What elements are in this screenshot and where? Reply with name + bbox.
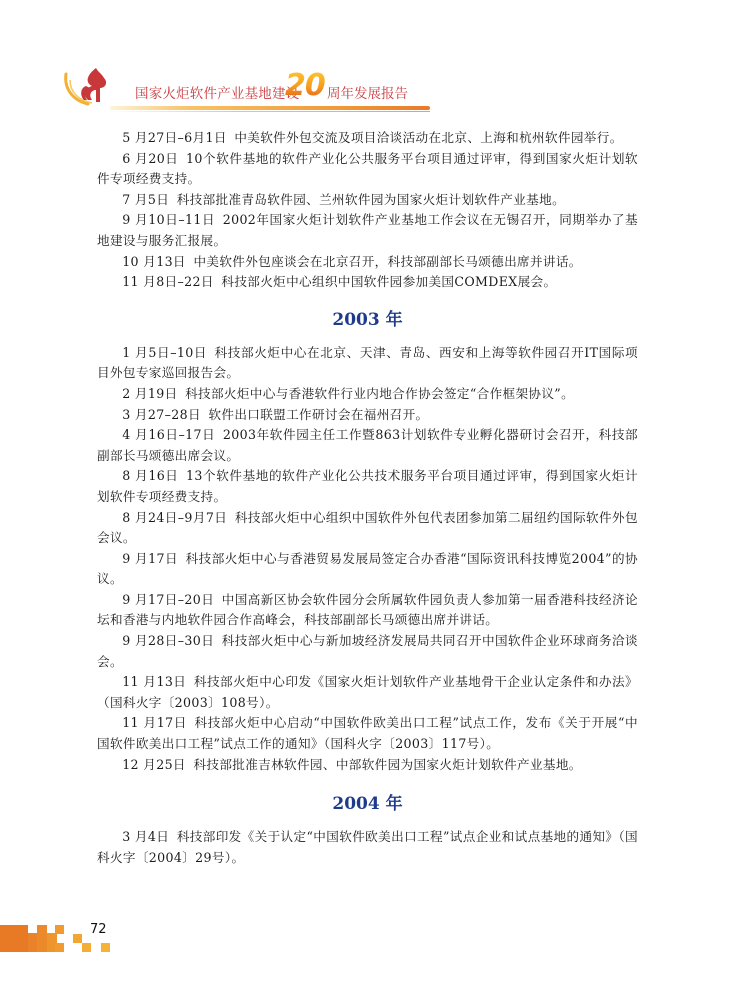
chronology-entry: 11 月13日科技部火炬中心印发《国家火炬计划软件产业基地骨干企业认定条件和办法…: [97, 672, 638, 713]
entry-date: 9 月28日–30日: [122, 633, 214, 648]
entry-text: 科技部批准吉林软件园、中部软件园为国家火炬计划软件产业基地。: [193, 757, 581, 772]
year-heading-2003: 2003 年: [97, 297, 638, 343]
chronology-entry: 8 月24日–9月7日科技部火炬中心组织中国软件外包代表团参加第二届纽约国际软件…: [97, 508, 638, 549]
entry-text: 软件出口联盟工作研讨会在福州召开。: [208, 407, 428, 422]
chronology-entry: 3 月27–28日软件出口联盟工作研讨会在福州召开。: [97, 405, 638, 426]
entry-text: 科技部火炬中心与香港贸易发展局签定合办香港“国际资讯科技博览2004”的协议。: [97, 551, 638, 587]
entry-text: 中美软件外包交流及项目洽谈活动在北京、上海和杭州软件园举行。: [234, 130, 622, 145]
chronology-content: 5 月27日–6月1日中美软件外包交流及项目洽谈活动在北京、上海和杭州软件园举行…: [97, 128, 638, 868]
chronology-entry: 8 月16日13个软件基地的软件产业化公共技术服务平台项目通过评审，得到国家火炬…: [97, 466, 638, 507]
chronology-entry: 9 月17日–20日中国高新区协会软件园分会所属软件园负责人参加第一届香港科技经…: [97, 590, 638, 631]
entry-date: 11 月17日: [122, 715, 187, 730]
chronology-entry: 4 月16日–17日2003年软件园主任工作暨863计划软件专业孵化器研讨会召开…: [97, 425, 638, 466]
entry-date: 6 月20日: [122, 151, 178, 166]
header-title-suffix: 周年发展报告: [327, 82, 408, 102]
header-title-prefix: 国家火炬软件产业基地建设: [135, 82, 299, 102]
entry-date: 8 月24日–9月7日: [122, 510, 227, 525]
chronology-entry: 11 月17日科技部火炬中心启动“中国软件欧美出口工程”试点工作，发布《关于开展…: [97, 713, 638, 754]
entry-date: 7 月5日: [122, 192, 169, 207]
entry-date: 12 月25日: [122, 757, 186, 772]
chronology-entry: 9 月10日–11日2002年国家火炬计划软件产业基地工作会议在无锡召开，同期举…: [97, 210, 638, 251]
entry-date: 9 月17日–20日: [122, 592, 214, 607]
chronology-entry: 3 月4日科技部印发《关于认定“中国软件欧美出口工程”试点企业和试点基地的通知》…: [97, 827, 638, 868]
page-header: 国家火炬软件产业基地建设 20 周年发展报告: [0, 50, 730, 130]
chronology-entry: 11 月8日–22日科技部火炬中心组织中国软件园参加美国COMDEX展会。: [97, 272, 638, 293]
page-footer: 72: [0, 905, 160, 965]
header-divider: [110, 106, 430, 110]
chronology-entry: 7 月5日科技部批准青岛软件园、兰州软件园为国家火炬计划软件产业基地。: [97, 190, 638, 211]
entry-date: 10 月13日: [122, 254, 186, 269]
entry-date: 4 月16日–17日: [122, 427, 215, 442]
entry-date: 2 月19日: [122, 386, 177, 401]
entry-text: 科技部批准青岛软件园、兰州软件园为国家火炬计划软件产业基地。: [177, 192, 565, 207]
entry-text: 中美软件外包座谈会在北京召开，科技部副部长马颂德出席并讲话。: [193, 254, 581, 269]
chronology-entry: 9 月28日–30日科技部火炬中心与新加坡经济发展局共同召开中国软件企业环球商务…: [97, 631, 638, 672]
entry-date: 11 月13日: [122, 674, 186, 689]
entry-date: 11 月8日–22日: [122, 274, 214, 289]
entry-date: 5 月27日–6月1日: [122, 130, 227, 145]
entry-date: 8 月16日: [122, 468, 178, 483]
chronology-entry: 5 月27日–6月1日中美软件外包交流及项目洽谈活动在北京、上海和杭州软件园举行…: [97, 128, 638, 149]
section-2002-continued: 5 月27日–6月1日中美软件外包交流及项目洽谈活动在北京、上海和杭州软件园举行…: [97, 128, 638, 293]
entry-text: 科技部印发《关于认定“中国软件欧美出口工程”试点企业和试点基地的通知》（国科火字…: [97, 829, 638, 865]
section-2004: 2004 年 3 月4日科技部印发《关于认定“中国软件欧美出口工程”试点企业和试…: [97, 781, 638, 868]
chronology-entry: 6 月20日10个软件基地的软件产业化公共服务平台项目通过评审，得到国家火炬计划…: [97, 149, 638, 190]
header-divider-thin: [110, 111, 430, 112]
entry-date: 3 月27–28日: [122, 407, 201, 422]
chronology-entry: 9 月17日科技部火炬中心与香港贸易发展局签定合办香港“国际资讯科技博览2004…: [97, 549, 638, 590]
page-number: 72: [90, 922, 107, 937]
entry-date: 9 月17日: [122, 551, 178, 566]
chronology-entry: 2 月19日科技部火炬中心与香港软件行业内地合作协会签定“合作框架协议”。: [97, 384, 638, 405]
year-heading-2004: 2004 年: [97, 781, 638, 827]
chronology-entry: 10 月13日中美软件外包座谈会在北京召开，科技部副部长马颂德出席并讲话。: [97, 252, 638, 273]
chronology-entry: 1 月5日–10日科技部火炬中心在北京、天津、青岛、西安和上海等软件园召开IT国…: [97, 343, 638, 384]
entry-date: 9 月10日–11日: [122, 212, 215, 227]
entry-text: 科技部火炬中心与香港软件行业内地合作协会签定“合作框架协议”。: [185, 386, 574, 401]
chronology-entry: 12 月25日科技部批准吉林软件园、中部软件园为国家火炬计划软件产业基地。: [97, 755, 638, 776]
entry-date: 3 月4日: [122, 829, 169, 844]
section-2003: 2003 年 1 月5日–10日科技部火炬中心在北京、天津、青岛、西安和上海等软…: [97, 297, 638, 775]
entry-date: 1 月5日–10日: [122, 345, 207, 360]
entry-text: 科技部火炬中心组织中国软件园参加美国COMDEX展会。: [221, 274, 556, 289]
header-anniversary-number: 20: [285, 68, 325, 103]
